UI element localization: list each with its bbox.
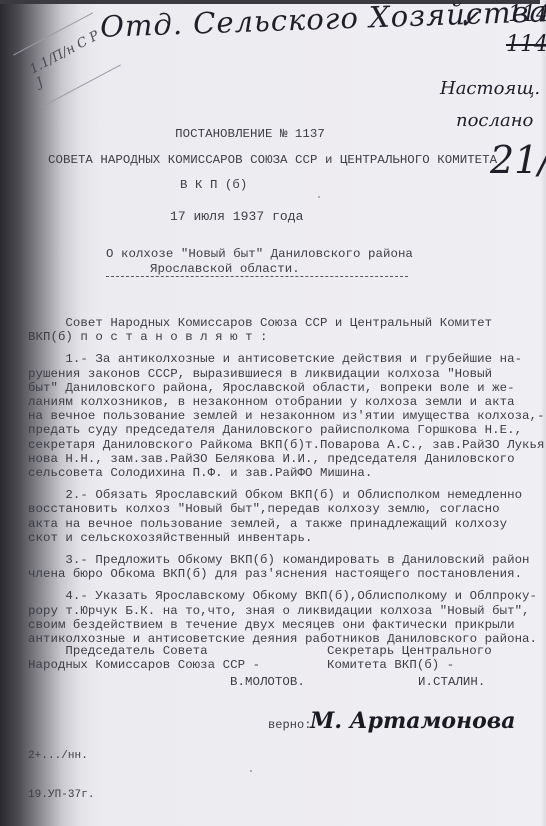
subject-line-1: О колхозе "Новый быт" Даниловского район… [106, 247, 413, 261]
signature-right-title-line: Секретарь Центрального [327, 644, 492, 658]
paragraph-2-line: скот и сельскохозяйственный инвентарь. [28, 531, 546, 545]
handwritten-note-line1: Настоящ. [440, 78, 540, 99]
subject-line-2: Ярославской области. [150, 262, 300, 276]
signatory-molotov: В.МОЛОТОВ. [230, 675, 305, 689]
subject-underline [106, 276, 408, 277]
preamble-line: Совет Народных Комиссаров Союза ССР и Це… [28, 316, 546, 330]
paragraph-4-line: 4.- Указать Ярославскому Обкому ВКП(б),О… [28, 589, 546, 603]
paragraph-1-line: сельсовета Солодихина П.Ф. и зав.РайФО М… [28, 466, 546, 480]
paragraph-2-line: 2.- Обязать Ярославский Обком ВКП(б) и О… [28, 488, 546, 502]
paragraph-gap [28, 344, 546, 352]
paragraph-2-line: акта на вечное пользование землей, а так… [28, 517, 546, 531]
decree-issuer-title: СОВЕТА НАРОДНЫХ КОМИССАРОВ СОЮЗА ССР и Ц… [48, 153, 528, 167]
certification-label: верно: [268, 718, 312, 732]
paragraph-3-line: члена бюро Обкома ВКП(б) для раз'яснения… [28, 567, 546, 581]
scan-speck [318, 196, 320, 198]
document-page: 1.1/П/н С Р J Отд. Сельского Хозяйства ✓… [0, 0, 546, 826]
certification-signature: М. Артамонова [310, 708, 516, 734]
check-mark-icon: ✓ [458, 5, 480, 35]
preamble-line: ВКП(б) п о с т а н о в л я ю т : [28, 330, 546, 344]
paragraph-1-line: секретаря Даниловского Райкома ВКП(б)т.П… [28, 438, 546, 452]
scan-speck [268, 508, 270, 510]
reference-block: 2+.../нн. 19.УП-37г. [28, 724, 95, 826]
reference-line-1: 2+.../нн. [28, 750, 95, 763]
decree-body: Совет Народных Комиссаров Союза ССР и Це… [28, 316, 546, 646]
paragraph-1-line: на вечное пользование землей и незаконно… [28, 409, 546, 423]
paragraph-gap [28, 545, 546, 553]
paragraph-3-line: 3.- Предложить Обкому ВКП(б) командирова… [28, 553, 546, 567]
paragraph-gap [28, 581, 546, 589]
paragraph-gap [28, 480, 546, 488]
paragraph-4-line: своим бездействием в течение двух месяце… [28, 618, 546, 632]
paragraph-1-line: 1.- За антиколхозные и антисоветские дей… [28, 352, 546, 366]
decree-party-title: В К П (б) [180, 178, 247, 192]
scan-speck [510, 598, 512, 600]
signature-left-title-line: Председатель Совета [28, 644, 260, 658]
paragraph-2-line: восстановить колхоз "Новый быт",передав … [28, 502, 546, 516]
handwritten-page-number-struck: 114 [506, 32, 546, 57]
signatory-stalin: И.СТАЛИН. [418, 675, 485, 689]
scan-speck [250, 770, 252, 772]
paragraph-4-line: рору т.Юрчук Б.К. на то,что, зная о ликв… [28, 604, 546, 618]
stamp-text: 1.1/П/н С Р J [27, 28, 101, 90]
signature-block-left: Председатель СоветаНародных Комиссаров С… [28, 644, 260, 672]
handwritten-note-line2: послано [456, 110, 533, 131]
signature-block-right: Секретарь ЦентральногоКомитета ВКП(б) - [327, 644, 492, 672]
reference-line-2: 19.УП-37г. [28, 789, 95, 802]
signature-left-title-line: Народных Комиссаров Союза ССР - [28, 658, 260, 672]
handwritten-page-number: 114 [508, 2, 546, 27]
paragraph-1-line: рушения законов СССР, выразившиеся в лик… [28, 367, 546, 381]
paragraph-1-line: ланиям колхозников, в незаконном отобран… [28, 395, 546, 409]
paragraph-1-line: нова Н.Н., зам.зав.РайЗО Белякова И.И., … [28, 452, 546, 466]
decree-date: 17 июля 1937 года [170, 210, 303, 224]
signature-right-title-line: Комитета ВКП(б) - [327, 658, 492, 672]
decree-number-title: ПОСТАНОВЛЕНИЕ № 1137 [100, 127, 400, 141]
paragraph-1-line: быт" Даниловского района, Ярославской об… [28, 381, 546, 395]
paragraph-1-line: предать суду председателя Даниловского р… [28, 423, 546, 437]
